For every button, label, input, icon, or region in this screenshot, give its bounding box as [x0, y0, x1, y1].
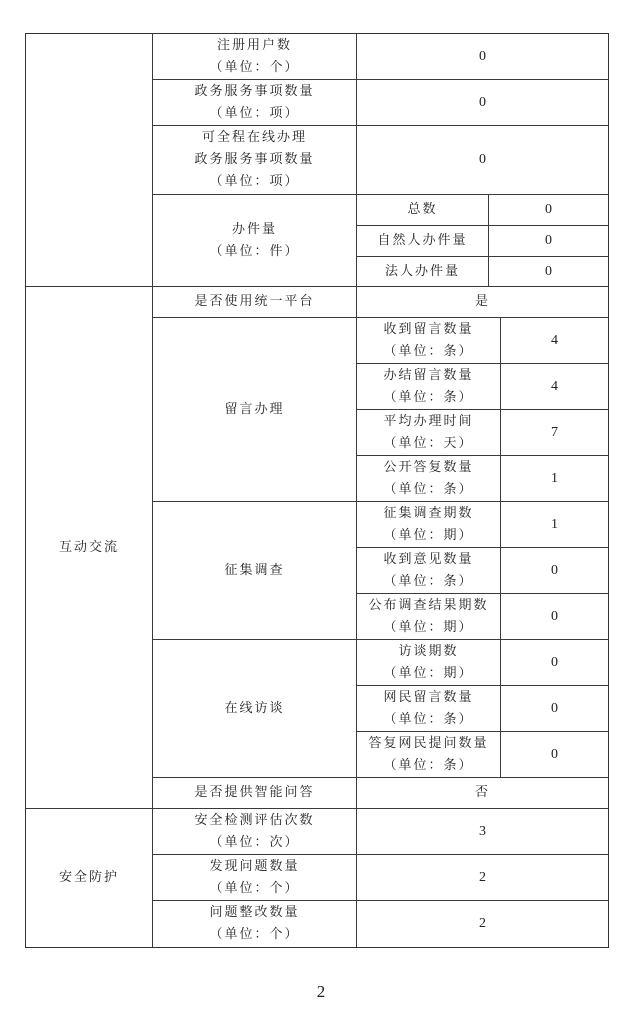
row-label-case-volume: 办件量 （单位：件） — [152, 194, 357, 287]
row-label-unified-platform: 是否使用统一平台 — [152, 286, 357, 318]
item-label-messages-received: 收到留言数量 （单位：条） — [356, 317, 501, 364]
item-value-results-published: 0 — [500, 593, 609, 640]
item-label-avg-handling-time: 平均办理时间 （单位：天） — [356, 409, 501, 456]
row-label-smart-qa: 是否提供智能问答 — [152, 777, 357, 809]
row-value-unified-platform: 是 — [356, 286, 609, 318]
row-label-issues-fixed: 问题整改数量 （单位：个） — [152, 900, 357, 948]
row-value-online-service-items: 0 — [356, 125, 609, 195]
sub-value-natural-person: 0 — [488, 225, 609, 257]
group-label-survey: 征集调查 — [152, 501, 357, 640]
section-label-security: 安全防护 — [25, 808, 153, 948]
page-number: 2 — [0, 982, 642, 1002]
item-value-opinions-received: 0 — [500, 547, 609, 594]
sub-label-legal-person: 法人办件量 — [356, 256, 489, 287]
item-label-opinions-received: 收到意见数量 （单位：条） — [356, 547, 501, 594]
item-value-interview-periods: 0 — [500, 639, 609, 686]
group-label-messages: 留言办理 — [152, 317, 357, 502]
sub-value-total: 0 — [488, 194, 609, 226]
item-label-interview-periods: 访谈期数 （单位：期） — [356, 639, 501, 686]
row-value-issues-found: 2 — [356, 854, 609, 901]
sub-label-natural-person: 自然人办件量 — [356, 225, 489, 257]
section-label-interaction: 互动交流 — [25, 286, 153, 809]
sub-label-total: 总数 — [356, 194, 489, 226]
item-label-netizen-messages: 网民留言数量 （单位：条） — [356, 685, 501, 732]
row-value-security-checks: 3 — [356, 808, 609, 855]
item-value-avg-handling-time: 7 — [500, 409, 609, 456]
sub-value-legal-person: 0 — [488, 256, 609, 287]
item-value-messages-received: 4 — [500, 317, 609, 364]
item-label-results-published: 公布调查结果期数 （单位：期） — [356, 593, 501, 640]
item-label-questions-answered: 答复网民提问数量 （单位：条） — [356, 731, 501, 778]
row-label-registered-users: 注册用户数 （单位：个） — [152, 33, 357, 80]
item-label-messages-closed: 办结留言数量 （单位：条） — [356, 363, 501, 410]
item-value-survey-periods: 1 — [500, 501, 609, 548]
row-label-service-items: 政务服务事项数量 （单位：项） — [152, 79, 357, 126]
item-value-messages-closed: 4 — [500, 363, 609, 410]
item-value-questions-answered: 0 — [500, 731, 609, 778]
item-value-netizen-messages: 0 — [500, 685, 609, 732]
row-value-issues-fixed: 2 — [356, 900, 609, 948]
row-label-issues-found: 发现问题数量 （单位：个） — [152, 854, 357, 901]
row-value-registered-users: 0 — [356, 33, 609, 80]
row-label-online-service-items: 可全程在线办理 政务服务事项数量 （单位：项） — [152, 125, 357, 195]
section-label-portal — [25, 33, 153, 287]
row-value-service-items: 0 — [356, 79, 609, 126]
group-label-interview: 在线访谈 — [152, 639, 357, 778]
item-value-public-replies: 1 — [500, 455, 609, 502]
item-label-public-replies: 公开答复数量 （单位：条） — [356, 455, 501, 502]
statistics-table: 注册用户数 （单位：个） 0 政务服务事项数量 （单位：项） 0 可全程在线办理… — [25, 33, 609, 948]
row-label-security-checks: 安全检测评估次数 （单位：次） — [152, 808, 357, 855]
row-value-smart-qa: 否 — [356, 777, 609, 809]
item-label-survey-periods: 征集调查期数 （单位：期） — [356, 501, 501, 548]
